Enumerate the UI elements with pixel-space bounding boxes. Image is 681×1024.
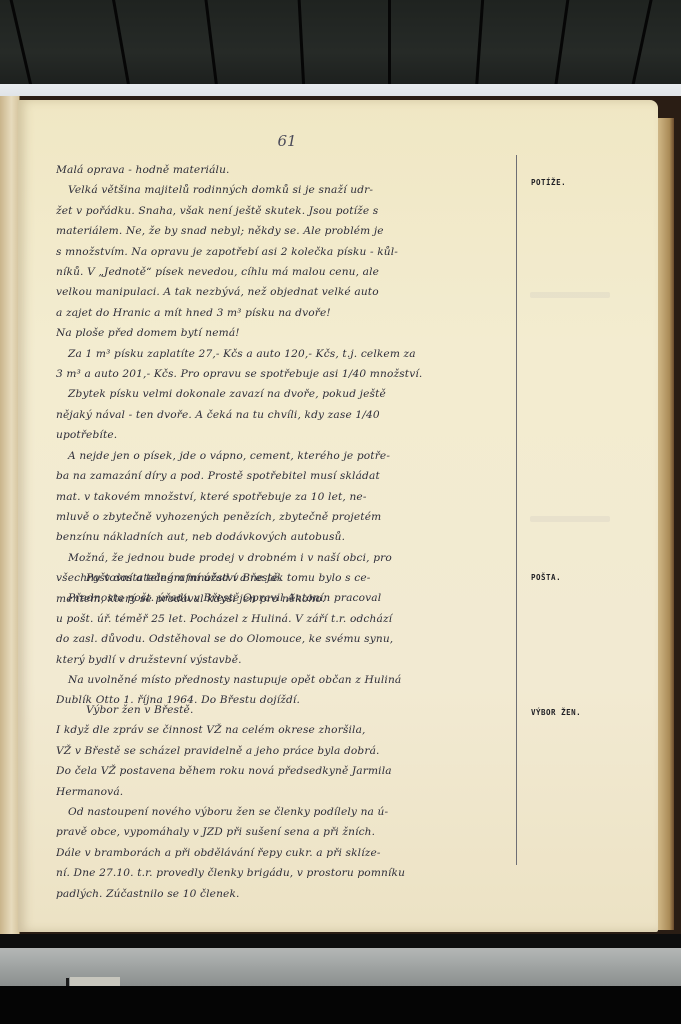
wall-slat <box>475 0 485 88</box>
text-line: ní. Dne 27.10. t.r. provedly členky brig… <box>56 863 518 883</box>
text-line: Možná, že jednou bude prodej v drobném i… <box>56 548 518 568</box>
text-line: velkou manipulaci. A tak nezbývá, než ob… <box>56 282 518 302</box>
text-line: A nejde jen o písek, jde o vápno, cement… <box>56 446 518 466</box>
text-line: Zbytek písku velmi dokonale zavazí na dv… <box>56 384 518 404</box>
text-line: níků. V „Jednotě“ písek nevedou, cíhlu m… <box>56 262 518 282</box>
wall-slat <box>111 0 131 88</box>
text-line: benzínu nákladních aut, neb dodávkových … <box>56 527 518 547</box>
text-line: padlých. Zúčastnilo se 10 členek. <box>56 884 518 904</box>
text-line: a zajet do Hranic a mít hned 3 m³ písku … <box>56 303 518 323</box>
text-line: Na ploše před domem bytí nemá! <box>56 323 518 343</box>
text-line: I když dle zpráv se činnost VŽ na celém … <box>56 720 518 740</box>
section-title: Výbor žen v Břestě. <box>56 700 518 720</box>
text-line: Velká většina majitelů rodinných domků s… <box>56 180 518 200</box>
section-womens-committee: Výbor žen v Břestě. I když dle zpráv se … <box>56 700 518 904</box>
faint-stamp <box>530 516 610 522</box>
text-line: žet v pořádku. Snaha, však není ještě sk… <box>56 201 518 221</box>
text-line: mluvě o zbytečně vyhozených penězích, zb… <box>56 507 518 527</box>
text-line: Za 1 m³ písku zaplatíte 27,- Kčs a auto … <box>56 344 518 364</box>
text-line: VŽ v Břestě se scházel pravidelně a jeho… <box>56 741 518 761</box>
text-line: u pošt. úř. téměř 25 let. Pocházel z Hul… <box>56 609 518 629</box>
text-line: který bydlí v družstevní výstavbě. <box>56 650 518 670</box>
text-line: 3 m³ a auto 201,- Kčs. Pro opravu se spo… <box>56 364 518 384</box>
section-post-office: Poštovní a telegrafní úřad v Břestě. Pře… <box>56 568 518 711</box>
margin-note-vybor-zen: VÝBOR ŽEN. <box>531 708 581 717</box>
wall-slat <box>388 0 391 88</box>
background-wall <box>0 0 681 88</box>
text-line: Do čela VŽ postavena během roku nová pře… <box>56 761 518 781</box>
text-line: Hermanová. <box>56 782 518 802</box>
text-line: upotřebíte. <box>56 425 518 445</box>
text-line: pravě obce, vypomáhaly v JZD při sušení … <box>56 822 518 842</box>
wall-slat <box>630 0 654 88</box>
section-title: Malá oprava - hodně materiálu. <box>56 160 518 180</box>
margin-note-potize: POTÍŽE. <box>531 178 566 187</box>
margin-note-posta: POŠTA. <box>531 573 561 582</box>
text-line: Dále v bramborách a při obdělávání řepy … <box>56 843 518 863</box>
wall-slat <box>553 0 570 88</box>
text-line: mat. v takovém množství, které spotřebuj… <box>56 487 518 507</box>
text-line: Na uvolněné místo přednosty nastupuje op… <box>56 670 518 690</box>
text-line: Od nastoupení nového výboru žen se členk… <box>56 802 518 822</box>
text-line: s množstvím. Na opravu je zapotřebí asi … <box>56 242 518 262</box>
page-number: 61 <box>272 132 302 150</box>
faint-stamp <box>530 292 610 298</box>
section-repairs: Malá oprava - hodně materiálu. Velká vět… <box>56 160 518 609</box>
wall-slat <box>204 0 219 88</box>
text-line: nějaký nával - ten dvoře. A čeká na tu c… <box>56 405 518 425</box>
section-title: Poštovní a telegrafní úřad v Břestě. <box>56 568 518 588</box>
text-line: Přednosta pošt. úřadu v Břestě Opravil A… <box>56 588 518 608</box>
left-page-edge <box>0 96 20 936</box>
text-line: materiálem. Ne, že by snad nebyl; někdy … <box>56 221 518 241</box>
wall-slat <box>297 0 305 88</box>
floor <box>0 986 681 1024</box>
wall-slat <box>9 0 34 88</box>
text-line: ba na zamazání díry a pod. Prostě spotře… <box>56 466 518 486</box>
text-line: do zasl. důvodu. Odstěhoval se do Olomou… <box>56 629 518 649</box>
